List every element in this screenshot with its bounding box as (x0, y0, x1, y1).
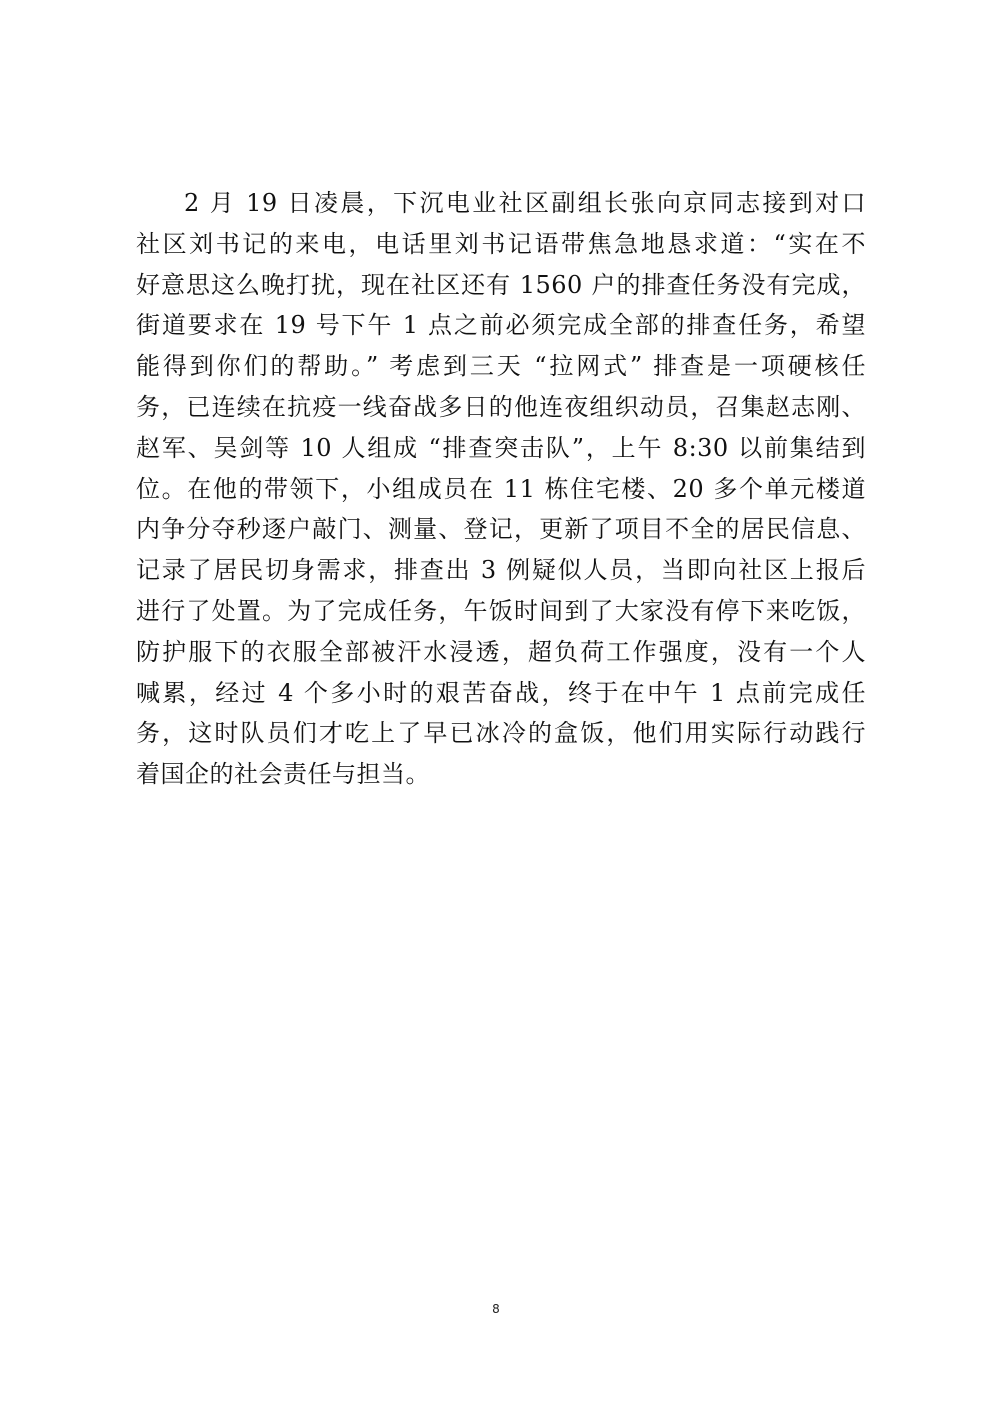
page-number: 8 (0, 1302, 992, 1316)
paragraph-line: 赵军、吴剑等 10 人组成 “排查突击队”，上午 8:30 以前集结到 (136, 428, 866, 469)
paragraph-line: 位。在他的带领下，小组成员在 11 栋住宅楼、20 多个单元楼道 (136, 469, 866, 510)
paragraph-line: 记录了居民切身需求，排查出 3 例疑似人员，当即向社区上报后 (136, 550, 866, 591)
paragraph-line: 2 月 19 日凌晨，下沉电业社区副组长张向京同志接到对口 (136, 183, 866, 224)
paragraph-line: 喊累，经过 4 个多小时的艰苦奋战，终于在中午 1 点前完成任 (136, 673, 866, 714)
paragraph-line: 进行了处置。为了完成任务，午饭时间到了大家没有停下来吃饭， (136, 591, 866, 632)
paragraph-line: 务，这时队员们才吃上了早已冰冷的盒饭，他们用实际行动践行 (136, 713, 866, 754)
body-paragraph: 2 月 19 日凌晨，下沉电业社区副组长张向京同志接到对口 社区刘书记的来电，电… (136, 183, 866, 795)
paragraph-line: 社区刘书记的来电，电话里刘书记语带焦急地恳求道：“实在不 (136, 224, 866, 265)
paragraph-line: 好意思这么晚打扰，现在社区还有 1560 户的排查任务没有完成， (136, 265, 866, 306)
paragraph-line: 街道要求在 19 号下午 1 点之前必须完成全部的排查任务，希望 (136, 305, 866, 346)
document-page: 2 月 19 日凌晨，下沉电业社区副组长张向京同志接到对口 社区刘书记的来电，电… (0, 0, 992, 1403)
paragraph-line: 着国企的社会责任与担当。 (136, 754, 866, 795)
paragraph-line: 内争分夺秒逐户敲门、测量、登记，更新了项目不全的居民信息、 (136, 509, 866, 550)
paragraph-line: 务，已连续在抗疫一线奋战多日的他连夜组织动员，召集赵志刚、 (136, 387, 866, 428)
paragraph-line: 能得到你们的帮助。” 考虑到三天 “拉网式” 排查是一项硬核任 (136, 346, 866, 387)
paragraph-line: 防护服下的衣服全部被汗水浸透，超负荷工作强度，没有一个人 (136, 632, 866, 673)
